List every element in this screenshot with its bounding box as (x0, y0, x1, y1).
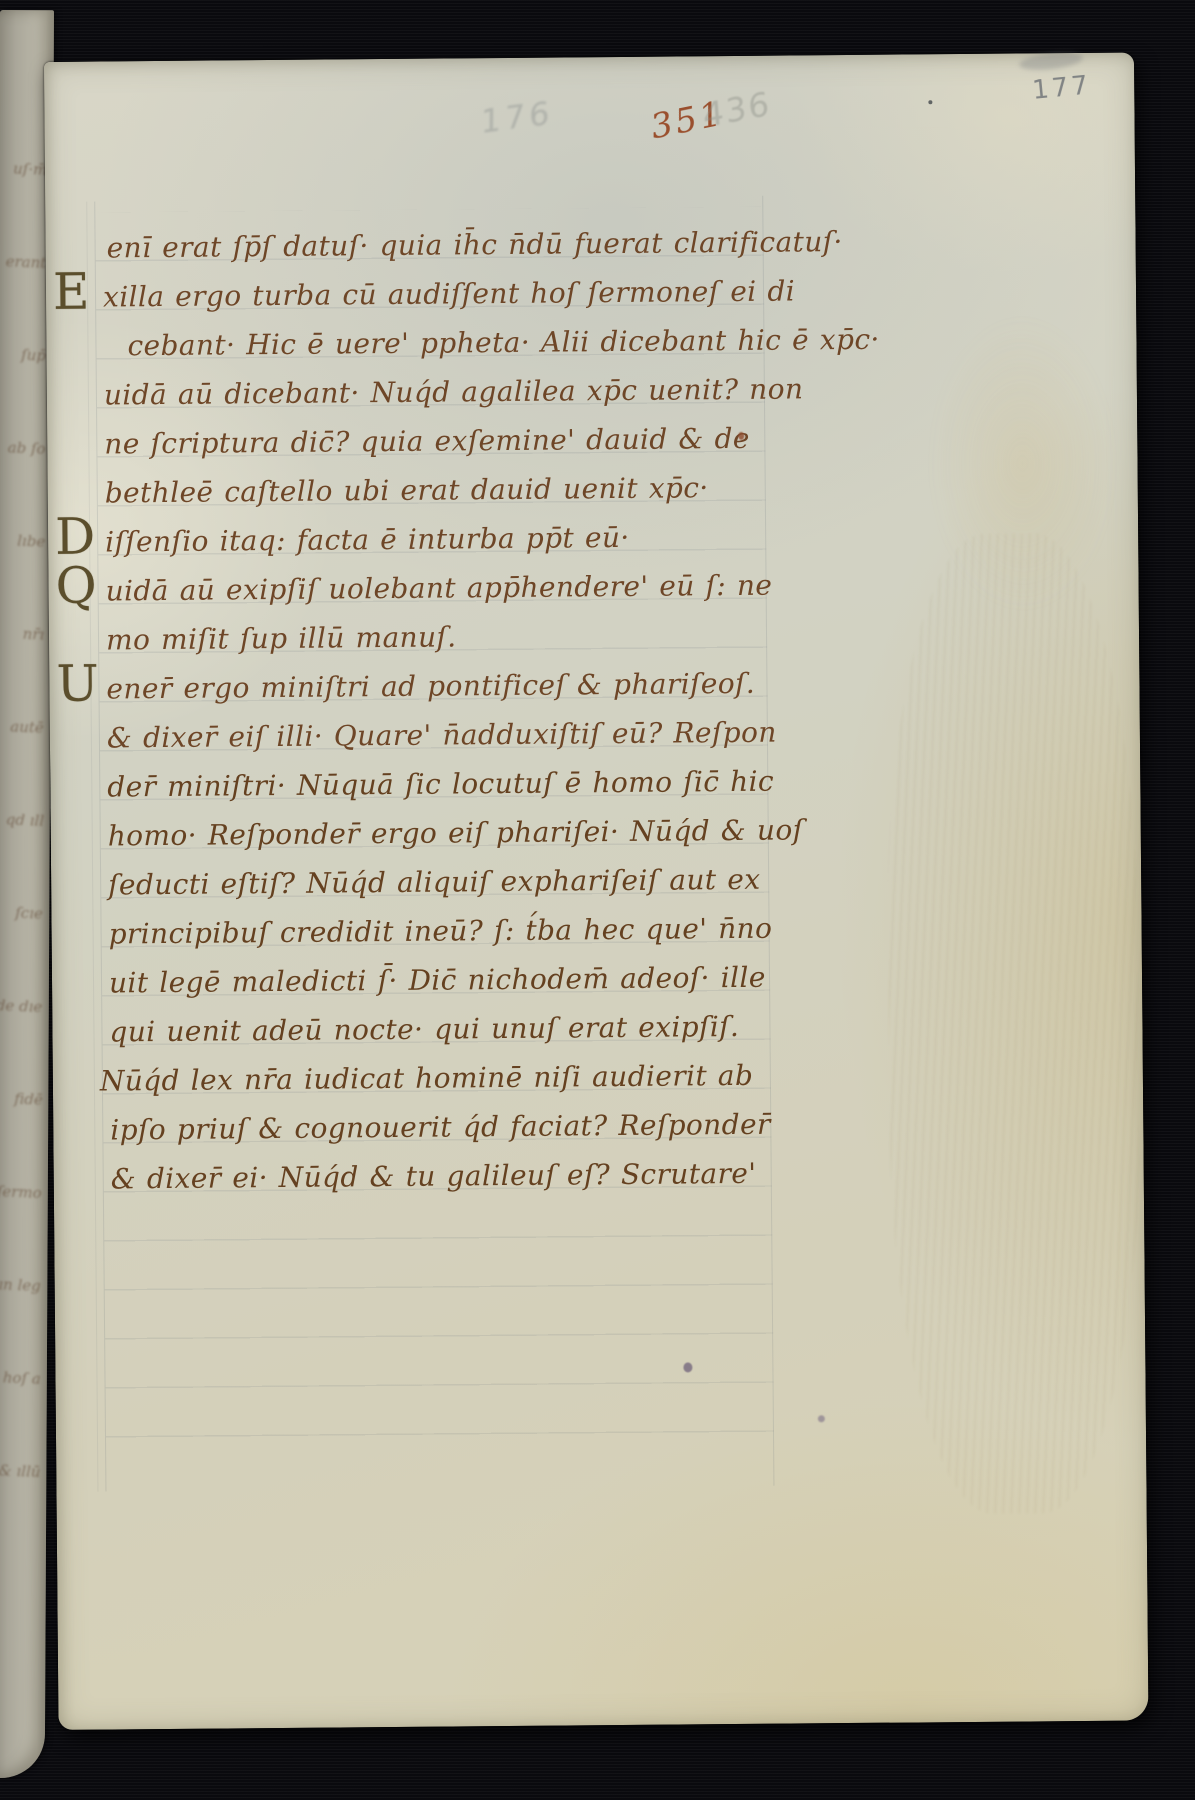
text-line-8: Quidā aū exipſiſ uolebant app̄hendere' e… (105, 560, 805, 615)
text-line-12: der̄ miniſtri· Nūquā ſic locutuſ ē homo … (107, 756, 807, 811)
showthrough-fragment: hoſ a (3, 1368, 42, 1388)
photograph-backdrop: uſ·m̄erantſup̄ab ſolıbenr̄ıautēqd ıllſcı… (0, 0, 1195, 1800)
text-line-15: principibuſ credidit ineū? ſ: t́ba hec q… (108, 903, 808, 958)
manuscript-page: 177 176 351 436 enī erat ſp̄ſ datuſ· qui… (44, 52, 1149, 1729)
drop-initial-D: D (55, 513, 96, 562)
line-text: enī erat ſp̄ſ datuſ· quia ih̄c n̄dū fuer… (106, 225, 842, 264)
purple-stain-small (818, 1415, 825, 1422)
line-text: ipſo priuſ & cognouerit q́d faciat? Reſp… (110, 1108, 771, 1147)
line-text: ne ſcriptura dic̄? quia exſemine' dauid … (104, 422, 750, 461)
drop-initial-U: U (56, 660, 99, 709)
folio-number-pencil: 177 (1031, 70, 1092, 105)
line-text: iſſenſio itaq: facta ē inturba pp̄t eū· (105, 521, 630, 559)
text-line-20: & dixer̄ ei· Nūq́d & tu galileuſ eſ? Scr… (111, 1148, 811, 1203)
line-text: cebant· Hic ē uere' ppheta· Alii diceban… (127, 323, 880, 363)
text-line-18: Nūq́d lex nr̄a iudicat hominē niſi audie… (100, 1050, 810, 1105)
text-line-4: uidā aū dicebant· Nuq́d agalilea xp̄c ue… (104, 364, 804, 419)
text-line-5: ne ſcriptura dic̄? quia exſemine' dauid … (104, 413, 804, 468)
showthrough-fragment: erant (6, 252, 47, 272)
yellow-stain (926, 313, 1119, 615)
red-speck-stain (738, 432, 744, 440)
text-line-13: homo· Reſponder̄ ergo eiſ phariſei· Nūq́… (108, 805, 808, 860)
dark-speck-stain (928, 100, 932, 104)
showthrough-fragment: nr̄ı (23, 625, 45, 644)
text-line-10: Uener̄ ergo miniſtri ad pontificeſ & pha… (106, 658, 806, 713)
shelfmark-pencil-number: 436 (701, 84, 772, 136)
text-line-6: bethleē caſtello ubi erat dauid uenit xp… (105, 462, 805, 517)
showthrough-fragment: qd ıll (5, 810, 44, 830)
text-line-1: enī erat ſp̄ſ datuſ· quia ih̄c n̄dū fuer… (102, 217, 802, 272)
showthrough-fragment: ab ſo (7, 438, 46, 458)
showthrough-fragment: fidē (13, 1090, 42, 1109)
showthrough-fragment: ın leg (0, 1275, 42, 1295)
text-line-14: ſeducti eſtiſ? Nūq́d aliquiſ exphariſeiſ… (108, 854, 808, 909)
line-text: der̄ miniſtri· Nūquā ſic locutuſ ē homo … (107, 765, 774, 804)
text-line-3: cebant· Hic ē uere' ppheta· Alii diceban… (103, 315, 803, 370)
line-text: & dixer̄ ei· Nūq́d & tu galileuſ eſ? Scr… (111, 1157, 757, 1196)
text-line-2: Exilla ergo turba cū audiſſent hoſ ſermo… (103, 266, 803, 321)
line-text: uidā aū exipſiſ uolebant app̄hendere' eū… (105, 569, 772, 608)
line-text: uidā aū dicebant· Nuq́d agalilea xp̄c ue… (104, 372, 804, 411)
line-text: homo· Reſponder̄ ergo eiſ phariſei· Nūq́… (108, 813, 804, 852)
line-text: ſeducti eſtiſ? Nūq́d aliquiſ exphariſeiſ… (108, 863, 761, 902)
line-text: uit legē maledicti ſ̄· Dic̄ nichodem̄ ad… (109, 961, 766, 1000)
purple-stain (683, 1362, 692, 1372)
drop-initial-E: E (53, 268, 90, 317)
text-line-9: mo miſit ſup illū manuſ. (106, 609, 806, 664)
showthrough-fragment: uſ·m̄ (13, 159, 48, 178)
line-text: bethleē caſtello ubi erat dauid uenit xp… (105, 471, 709, 509)
pencil-smudge (1018, 50, 1083, 73)
text-line-17: qui uenit adeū nocte· qui unuſ erat exip… (109, 1001, 809, 1056)
showthrough-fragment: lıbe (17, 532, 46, 551)
text-line-19: ipſo priuſ & cognouerit q́d faciat? Reſp… (110, 1099, 810, 1154)
line-text: mo miſit ſup illū manuſ. (106, 620, 457, 656)
text-line-7: Diſſenſio itaq: facta ē inturba pp̄t eū· (105, 511, 805, 566)
line-text: qui uenit adeū nocte· qui unuſ erat exip… (109, 1010, 739, 1048)
text-block: enī erat ſp̄ſ datuſ· quia ih̄c n̄dū fuer… (102, 217, 811, 1203)
text-line-16: uit legē maledicti ſ̄· Dic̄ nichodem̄ ad… (109, 952, 809, 1007)
line-text: principibuſ credidit ineū? ſ: t́ba hec q… (108, 912, 772, 951)
line-text: & dixer̄ eiſ illi· Quare' n̄adduxiſtiſ e… (107, 716, 777, 755)
showthrough-fragment: de dıe (0, 996, 43, 1016)
text-line-11: & dixer̄ eiſ illi· Quare' n̄adduxiſtiſ e… (107, 707, 807, 762)
faint-number-pencil: 176 (481, 93, 554, 141)
showthrough-fragment: ſermo (0, 1182, 42, 1202)
showthrough-fragment: ſup̄ (21, 346, 47, 365)
drop-initial-Q: Q (55, 562, 97, 611)
line-text: ener̄ ergo miniſtri ad pontificeſ & phar… (106, 667, 755, 706)
parchment-streaks (884, 533, 1143, 1515)
showthrough-fragment: ſcıe (15, 904, 43, 923)
showthrough-fragment: autē (10, 717, 44, 736)
line-text: xilla ergo turba cū audiſſent hoſ ſermon… (103, 274, 795, 313)
line-text: Nūq́d lex nr̄a iudicat hominē niſi audie… (100, 1059, 754, 1098)
showthrough-fragment: & ıllū (0, 1461, 41, 1481)
